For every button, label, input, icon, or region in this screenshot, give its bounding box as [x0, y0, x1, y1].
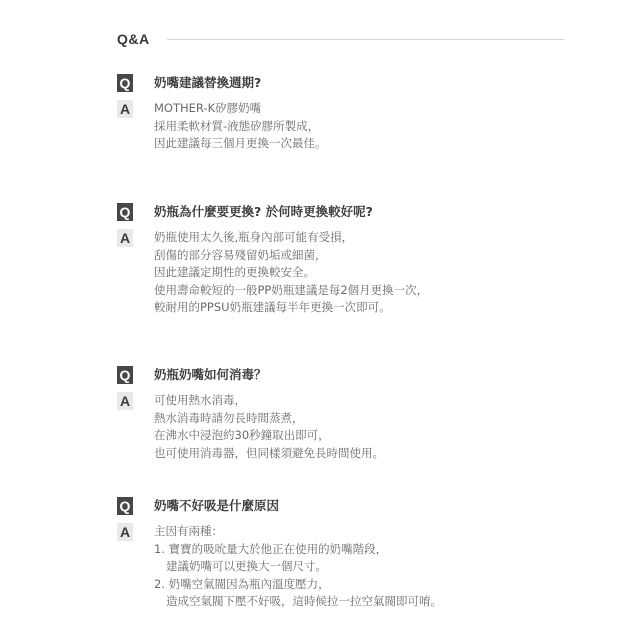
answer-line: 可使用熱水消毒，	[154, 392, 577, 410]
answer-badge-icon: A	[117, 100, 133, 118]
answer-line: 刮傷的部分容易殘留奶垢或細菌，	[154, 247, 577, 265]
qa-item: Q 奶瓶奶嘴如何消毒？ A 可使用熱水消毒， 熱水消毒時請勿長時間蒸煮， 在沸水…	[117, 366, 577, 462]
question-row: Q 奶嘴建議替換週期?	[117, 74, 577, 92]
question-text: 奶嘴建議替換週期?	[154, 74, 577, 92]
question-row: Q 奶瓶奶嘴如何消毒？	[117, 366, 577, 384]
answer-line: 奶瓶使用太久後,瓶身內部可能有受損，	[154, 229, 577, 247]
answer-badge-icon: A	[117, 229, 133, 247]
divider	[167, 39, 564, 40]
question-row: Q 奶瓶為什麼要更換? 於何時更換較好呢?	[117, 203, 577, 221]
question-text: 奶嘴不好吸是什麼原因	[154, 497, 577, 515]
question-badge-icon: Q	[117, 366, 133, 384]
qa-header: Q&A	[117, 30, 564, 50]
answer-line: 也可使用消毒器，但同樣須避免長時間使用。	[154, 445, 577, 463]
answer-line: 熱水消毒時請勿長時間蒸煮，	[154, 410, 577, 428]
answer-line: 建議奶嘴可以更換大一個尺寸。	[154, 558, 577, 576]
question-badge-icon: Q	[117, 74, 133, 92]
answer-line: 使用壽命較短的一般PP奶瓶建議是每2個月更換一次，	[154, 282, 577, 300]
qa-item: Q 奶瓶為什麼要更換? 於何時更換較好呢? A 奶瓶使用太久後,瓶身內部可能有受…	[117, 203, 577, 317]
answer-row: A 奶瓶使用太久後,瓶身內部可能有受損， 刮傷的部分容易殘留奶垢或細菌， 因此建…	[117, 229, 577, 317]
answer-line: 造成空氣閥下壓不好吸，這時候拉一拉空氣閥即可唷。	[154, 593, 577, 611]
answer-badge-icon: A	[117, 392, 133, 410]
answer-row: A 主因有兩種： 1. 寶寶的吸吮量大於他正在使用的奶嘴階段， 建議奶嘴可以更換…	[117, 523, 577, 611]
qa-item: Q 奶嘴建議替換週期? A MOTHER-K矽膠奶嘴 採用柔軟材質-液態矽膠所製…	[117, 74, 577, 153]
answer-line: 1. 寶寶的吸吮量大於他正在使用的奶嘴階段，	[154, 541, 577, 559]
answer-row: A MOTHER-K矽膠奶嘴 採用柔軟材質-液態矽膠所製成， 因此建議每三個月更…	[117, 100, 577, 153]
answer-badge-icon: A	[117, 523, 133, 541]
answer-line: MOTHER-K矽膠奶嘴	[154, 100, 577, 118]
answer-line: 在沸水中浸泡約30秒鐘取出即可，	[154, 427, 577, 445]
question-text: 奶瓶奶嘴如何消毒？	[154, 366, 577, 384]
answer-line: 因此建議定期性的更換較安全。	[154, 264, 577, 282]
answer-line: 主因有兩種：	[154, 523, 577, 541]
answer-line: 採用柔軟材質-液態矽膠所製成，	[154, 118, 577, 136]
answer-line: 因此建議每三個月更換一次最佳。	[154, 135, 577, 153]
question-badge-icon: Q	[117, 203, 133, 221]
section-title: Q&A	[117, 30, 150, 48]
answer-line: 2. 奶嘴空氣閥因為瓶內溫度壓力，	[154, 576, 577, 594]
question-badge-icon: Q	[117, 497, 133, 515]
answer-row: A 可使用熱水消毒， 熱水消毒時請勿長時間蒸煮， 在沸水中浸泡約30秒鐘取出即可…	[117, 392, 577, 462]
qa-item: Q 奶嘴不好吸是什麼原因 A 主因有兩種： 1. 寶寶的吸吮量大於他正在使用的奶…	[117, 497, 577, 611]
question-row: Q 奶嘴不好吸是什麼原因	[117, 497, 577, 515]
question-text: 奶瓶為什麼要更換? 於何時更換較好呢?	[154, 203, 577, 221]
answer-line: 較耐用的PPSU奶瓶建議每半年更換一次即可。	[154, 299, 577, 317]
